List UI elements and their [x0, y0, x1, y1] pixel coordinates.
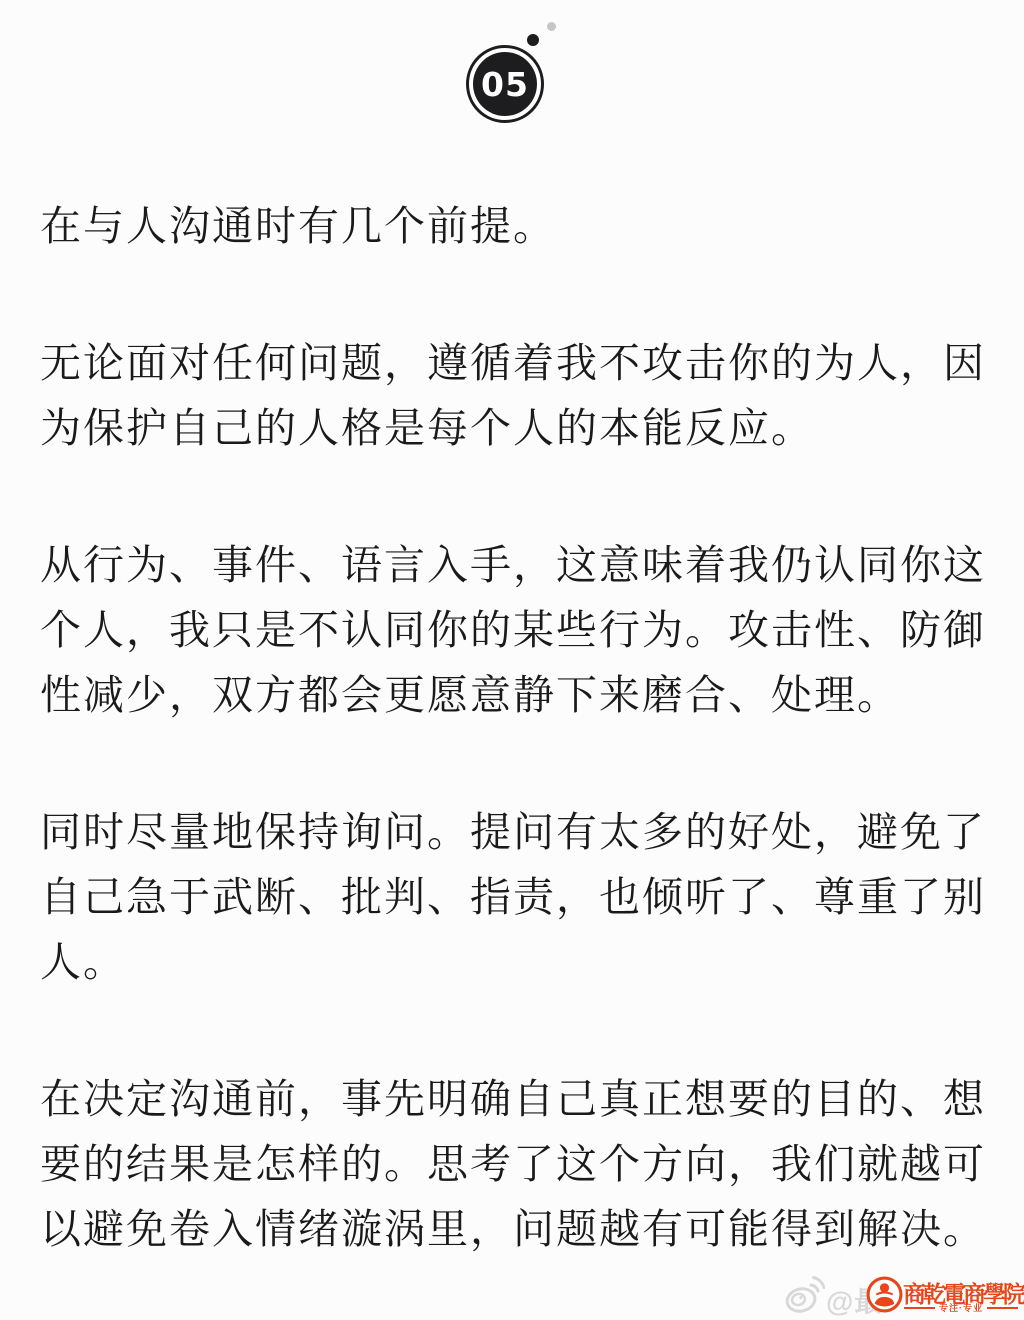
article-body: 在与人沟通时有几个前提。 无论面对任何问题，遵循着我不攻击你的为人，因 为保护自…	[40, 194, 986, 1262]
paragraph-line: 个人，我只是不认同你的某些行为。攻击性、防御	[40, 598, 986, 663]
paragraph-1: 在与人沟通时有几个前提。	[40, 194, 986, 259]
paragraph-3: 从行为、事件、语言入手，这意味着我仍认同你这 个人，我只是不认同你的某些行为。攻…	[40, 533, 986, 728]
weibo-icon	[785, 1271, 825, 1315]
paragraph-line: 以避免卷入情绪漩涡里，问题越有可能得到解决。	[40, 1197, 986, 1262]
paragraph-line: 自己急于武断、批判、指责，也倾听了、尊重了别	[40, 865, 986, 930]
paragraph-5: 在决定沟通前，事先明确自己真正想要的目的、想 要的结果是怎样的。思考了这个方向，…	[40, 1067, 986, 1262]
text-card-page: 05 在与人沟通时有几个前提。 无论面对任何问题，遵循着我不攻击你的为人，因 为…	[0, 0, 1024, 1320]
paragraph-line: 在决定沟通前，事先明确自己真正想要的目的、想	[40, 1067, 986, 1132]
tagline-rule-right	[987, 1307, 1018, 1309]
paragraph-line: 从行为、事件、语言入手，这意味着我仍认同你这	[40, 533, 986, 598]
section-number: 05	[473, 52, 537, 116]
paragraph-line: 要的结果是怎样的。思考了这个方向，我们就越可	[40, 1132, 986, 1197]
paragraph-2: 无论面对任何问题，遵循着我不攻击你的为人，因 为保护自己的人格是每个人的本能反应…	[40, 331, 986, 461]
paragraph-line: 人。	[40, 930, 986, 995]
paragraph-4: 同时尽量地保持询问。提问有太多的好处，避免了 自己急于武断、批判、指责，也倾听了…	[40, 800, 986, 995]
paragraph-line: 无论面对任何问题，遵循着我不攻击你的为人，因	[40, 331, 986, 396]
brand-tagline: 专注·专业	[939, 1301, 983, 1314]
brand-tagline-row: 专注·专业	[904, 1301, 1018, 1314]
section-number-badge: 05	[466, 45, 544, 123]
paragraph-line: 在与人沟通时有几个前提。	[40, 194, 986, 259]
brand-logo-icon	[866, 1276, 903, 1313]
decorative-dot-gray	[547, 22, 556, 31]
decorative-dot-black	[527, 34, 539, 46]
paragraph-line: 为保护自己的人格是每个人的本能反应。	[40, 396, 986, 461]
tagline-rule-left	[904, 1307, 935, 1309]
paragraph-line: 性减少，双方都会更愿意静下来磨合、处理。	[40, 663, 986, 728]
paragraph-line: 同时尽量地保持询问。提问有太多的好处，避免了	[40, 800, 986, 865]
